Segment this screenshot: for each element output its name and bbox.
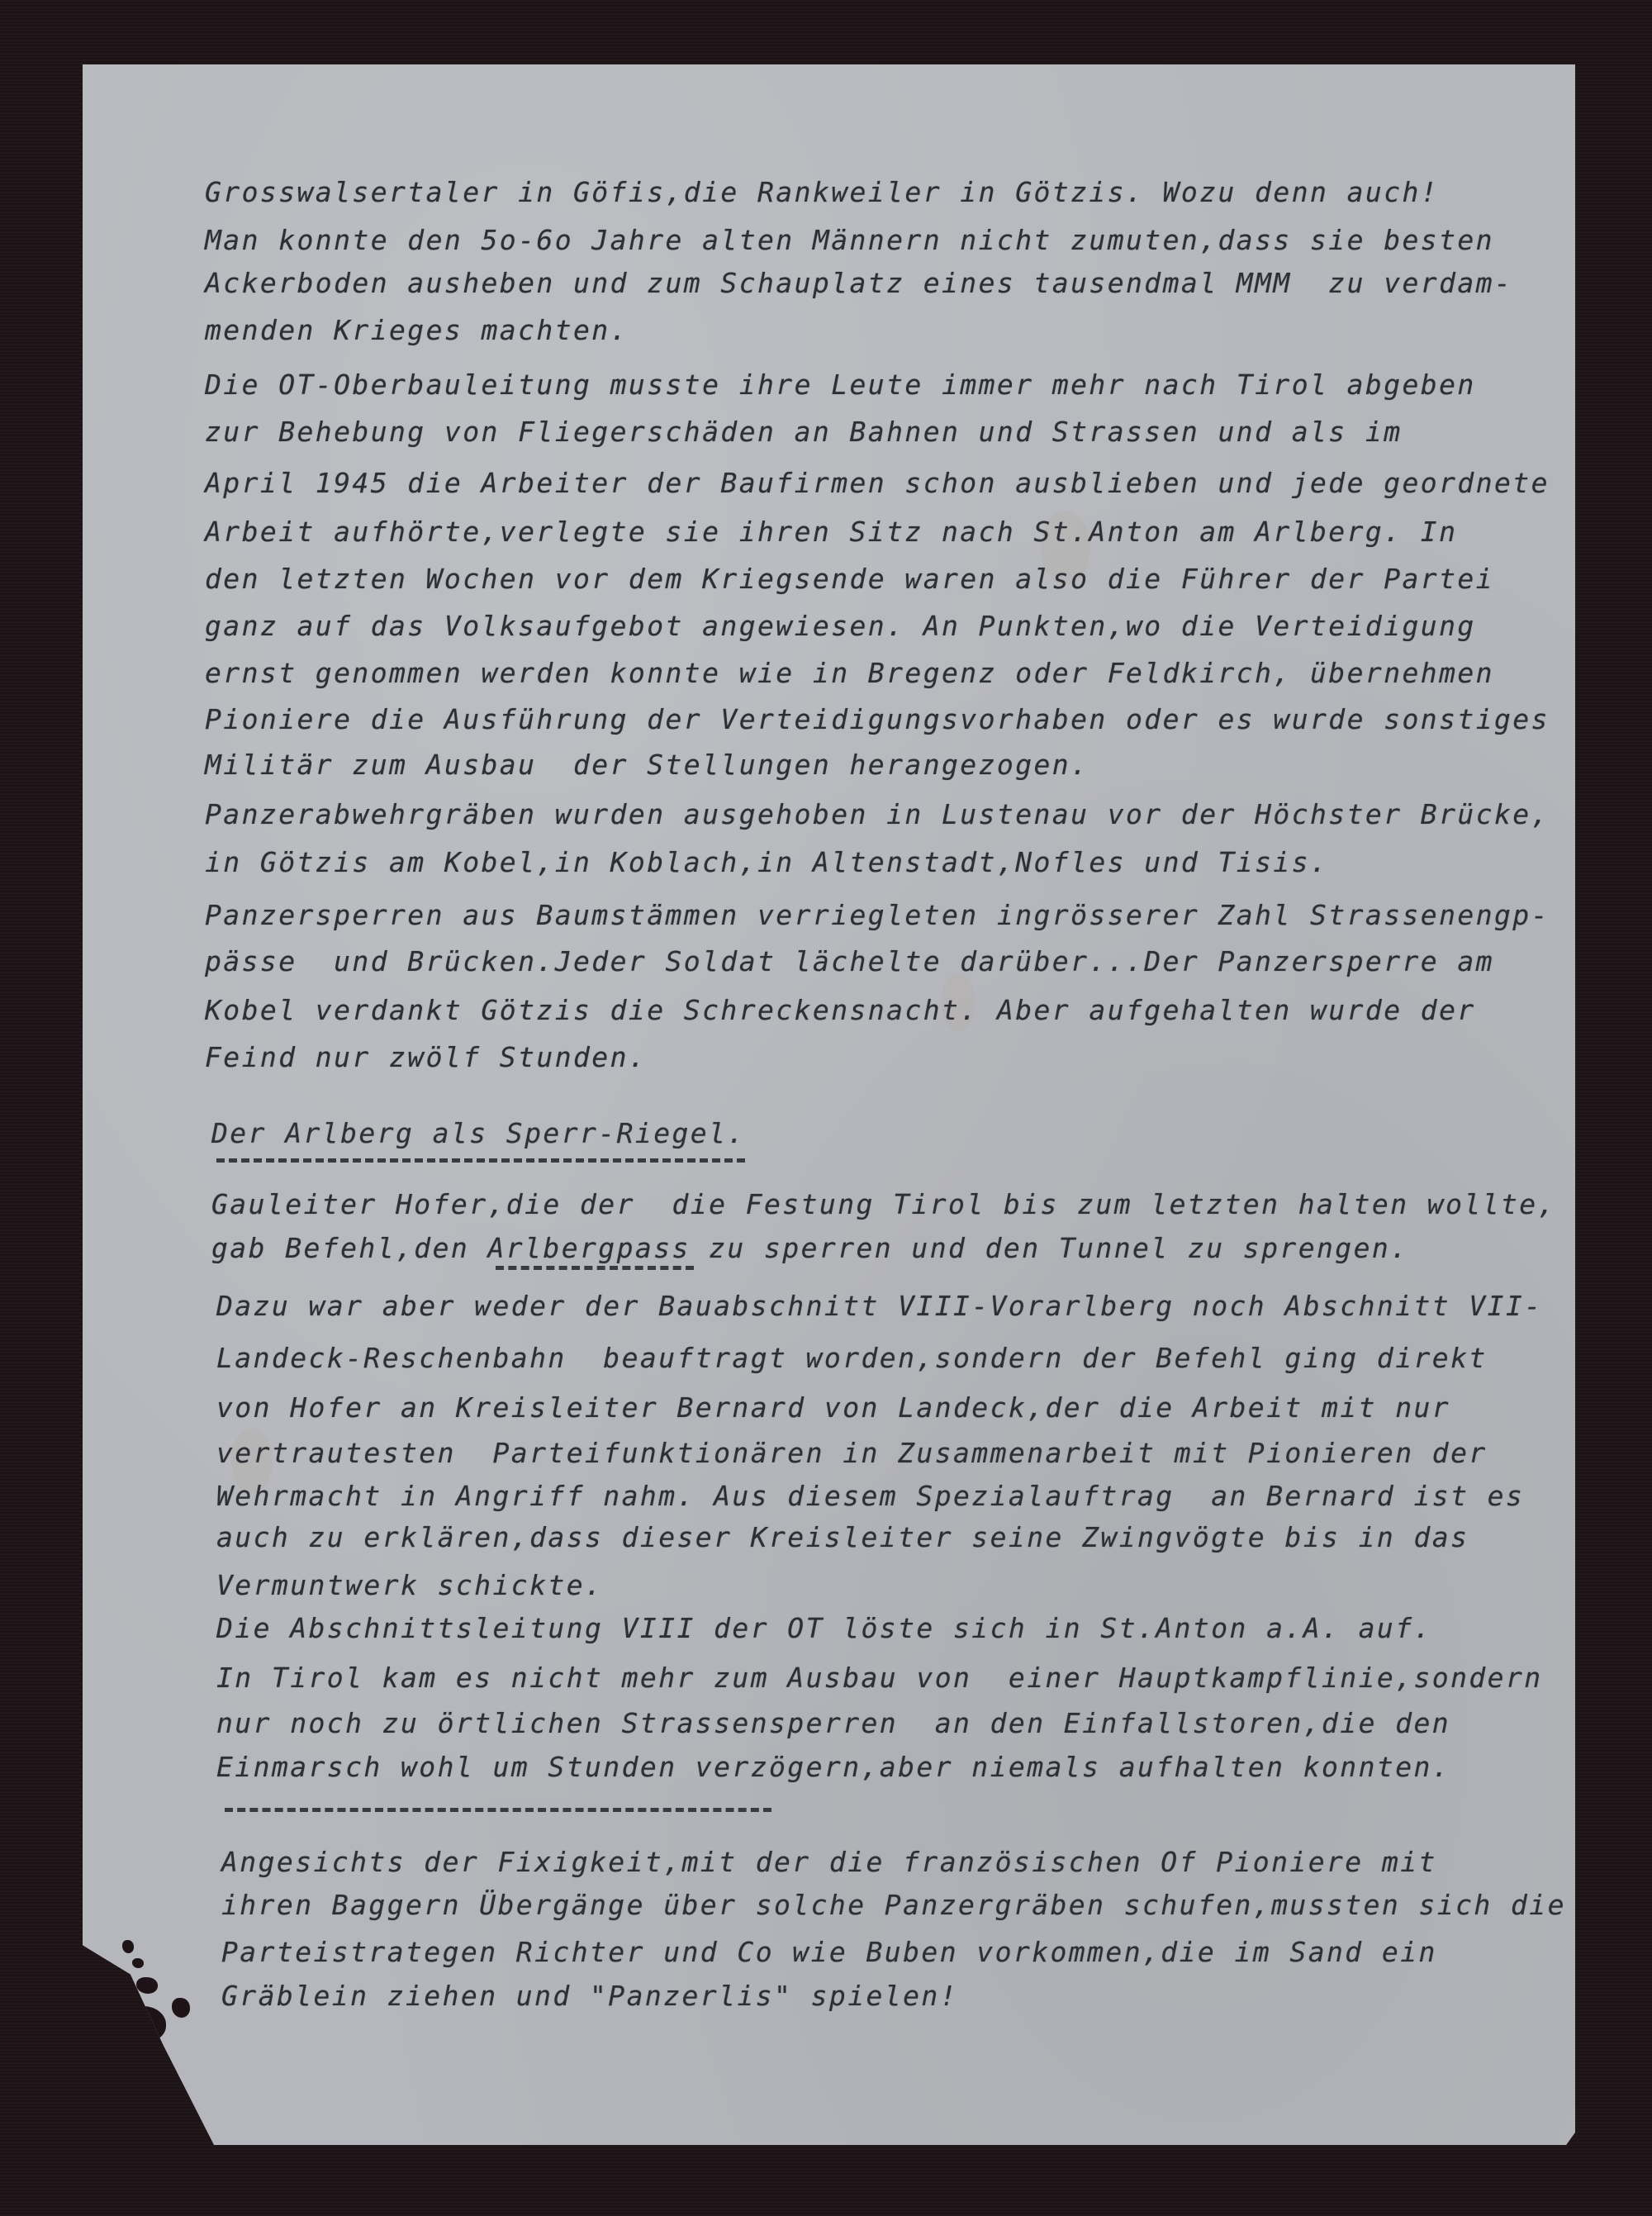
text-line: Angesichts der Fixigkeit,mit der die fra…	[221, 1846, 1437, 1879]
text-line: Die Abschnittsleitung VIII der OT löste …	[216, 1612, 1432, 1645]
text-line: auch zu erklären,dass dieser Kreisleiter…	[216, 1521, 1469, 1554]
text-line: ganz auf das Volksaufgebot angewiesen. A…	[205, 610, 1476, 643]
text-line: Vermuntwerk schickte.	[216, 1569, 603, 1602]
text-line: Die OT-Oberbauleitung musste ihre Leute …	[205, 369, 1476, 402]
text-line: den letzten Wochen vor dem Kriegsende wa…	[205, 563, 1494, 596]
text-line: Panzersperren aus Baumstämmen verrieglet…	[205, 899, 1550, 932]
text-line: April 1945 die Arbeiter der Baufirmen sc…	[205, 467, 1550, 500]
text-line: Man konnte den 5o-6o Jahre alten Männern…	[205, 224, 1494, 257]
text-line: Grosswalsertaler in Göfis,die Rankweiler…	[205, 176, 1439, 209]
text-line: Militär zum Ausbau der Stellungen herang…	[205, 749, 1089, 782]
text-line: Gauleiter Hofer,die der die Festung Tiro…	[211, 1188, 1556, 1221]
text-line: Parteistrategen Richter und Co wie Buben…	[221, 1936, 1437, 1969]
text-line: von Hofer an Kreisleiter Bernard von Lan…	[216, 1391, 1450, 1424]
text-line: Gräblein ziehen und "Panzerlis" spielen!	[221, 1980, 958, 2013]
text-line: Kobel verdankt Götzis die Schreckensnach…	[205, 994, 1476, 1027]
document-body: Grosswalsertaler in Göfis,die Rankweiler…	[0, 0, 1652, 2216]
text-line: Arbeit aufhörte,verlegte sie ihren Sitz …	[205, 516, 1457, 549]
text-line: In Tirol kam es nicht mehr zum Ausbau vo…	[216, 1662, 1543, 1695]
text-line: Ackerboden ausheben und zum Schauplatz e…	[205, 267, 1512, 300]
text-line: Dazu war aber weder der Bauabschnitt VII…	[216, 1290, 1543, 1323]
text-line: gab Befehl,den Arlbergpass zu sperren un…	[211, 1232, 1409, 1265]
section-separator	[225, 1808, 771, 1812]
text-line: vertrautesten Parteifunktionären in Zusa…	[216, 1437, 1488, 1470]
text-line: zur Behebung von Fliegerschäden an Bahne…	[205, 416, 1403, 449]
text-line: Feind nur zwölf Stunden.	[205, 1041, 647, 1074]
text-line: in Götzis am Kobel,in Koblach,in Altenst…	[205, 846, 1328, 879]
text-line: ihren Baggern Übergänge über solche Panz…	[221, 1889, 1566, 1922]
text-line: Wehrmacht in Angriff nahm. Aus diesem Sp…	[216, 1480, 1524, 1513]
text-line: pässe und Brücken.Jeder Soldat lächelte …	[205, 945, 1494, 978]
heading-underline	[216, 1158, 745, 1163]
text-line: Pioniere die Ausführung der Verteidigung…	[205, 703, 1550, 736]
text-line: Einmarsch wohl um Stunden verzögern,aber…	[216, 1751, 1450, 1784]
text-line: nur noch zu örtlichen Strassensperren an…	[216, 1707, 1450, 1740]
text-line: menden Krieges machten.	[205, 314, 629, 347]
section-heading: Der Arlberg als Sperr-Riegel.	[211, 1117, 746, 1150]
text-line: ernst genommen werden konnte wie in Breg…	[205, 657, 1494, 690]
text-line: Landeck-Reschenbahn beauftragt worden,so…	[216, 1342, 1488, 1375]
text-line: Panzerabwehrgräben wurden ausgehoben in …	[205, 798, 1550, 831]
arlbergpass-underline	[496, 1266, 694, 1270]
